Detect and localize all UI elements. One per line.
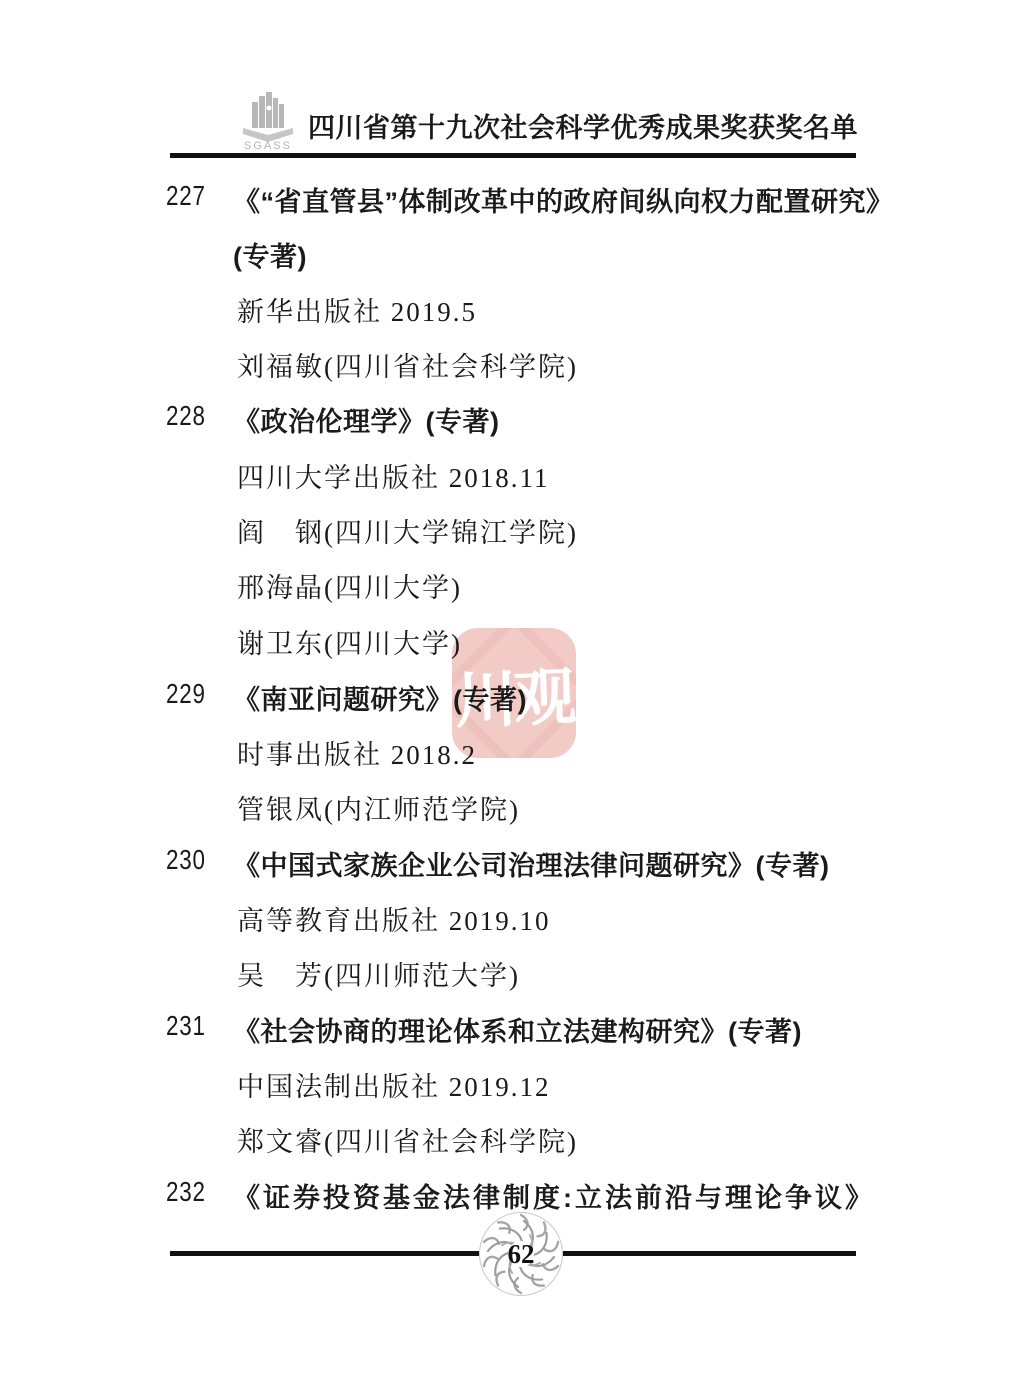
entry-231-title-line: 231 《社会协商的理论体系和立法建构研究》(专著): [0, 1010, 1024, 1046]
author-text: 吴 芳(四川师范大学): [237, 954, 520, 993]
entry-228-publisher: 四川大学出版社 2018.11: [0, 456, 1024, 492]
publisher-text: 时事出版社 2018.2: [237, 733, 477, 772]
page-title: 四川省第十九次社会科学优秀成果奖获奖名单: [308, 106, 858, 145]
entry-title: 《政治伦理学》(专著): [233, 400, 499, 439]
entry-229-publisher: 时事出版社 2018.2: [0, 733, 1024, 769]
entry-title-continued: (专著): [233, 235, 307, 274]
author-text: 谢卫东(四川大学): [237, 622, 462, 661]
author-text: 邢海晶(四川大学): [237, 566, 462, 605]
entry-number: 227: [166, 180, 206, 212]
publisher-text: 高等教育出版社 2019.10: [237, 899, 551, 938]
entry-231-publisher: 中国法制出版社 2019.12: [0, 1065, 1024, 1101]
entry-number: 228: [166, 400, 206, 432]
entry-228-author: 阎 钢(四川大学锦江学院): [0, 511, 1024, 547]
publisher-text: 新华出版社 2019.5: [237, 290, 477, 329]
sgass-logo-icon: [229, 92, 307, 142]
entry-title: 《社会协商的理论体系和立法建构研究》(专著): [233, 1010, 802, 1049]
publisher-text: 中国法制出版社 2019.12: [237, 1065, 551, 1104]
entry-title: 《南亚问题研究》(专著): [233, 678, 527, 717]
author-text: 管银凤(内江师范学院): [237, 788, 520, 827]
document-page: SGASS 四川省第十九次社会科学优秀成果奖获奖名单 川观 227 《“省直管县…: [0, 0, 1024, 1380]
entry-number: 231: [166, 1010, 206, 1042]
entry-title: 《“省直管县”体制改革中的政府间纵向权力配置研究》: [233, 180, 894, 219]
entry-232-title-line: 232 《证券投资基金法律制度:立法前沿与理论争议》: [0, 1176, 1024, 1212]
entry-228-author: 谢卫东(四川大学): [0, 622, 1024, 658]
entry-230-author: 吴 芳(四川师范大学): [0, 954, 1024, 990]
author-text: 郑文睿(四川省社会科学院): [237, 1120, 578, 1159]
entry-228-author: 邢海晶(四川大学): [0, 566, 1024, 602]
entry-227-author: 刘福敏(四川省社会科学院): [0, 345, 1024, 381]
entry-229-title-line: 229 《南亚问题研究》(专著): [0, 678, 1024, 714]
entry-number: 229: [166, 678, 206, 710]
entry-228-title-line: 228 《政治伦理学》(专著): [0, 400, 1024, 436]
entry-number: 230: [166, 844, 206, 876]
entry-227-title-line2: (专著): [0, 235, 1024, 271]
author-text: 阎 钢(四川大学锦江学院): [237, 511, 578, 550]
entry-230-publisher: 高等教育出版社 2019.10: [0, 899, 1024, 935]
entry-227-publisher: 新华出版社 2019.5: [0, 290, 1024, 326]
page-number: 62: [478, 1211, 564, 1297]
entry-number: 232: [166, 1176, 206, 1208]
entry-229-author: 管银凤(内江师范学院): [0, 788, 1024, 824]
entry-230-title-line: 230 《中国式家族企业公司治理法律问题研究》(专著): [0, 844, 1024, 880]
entry-231-author: 郑文睿(四川省社会科学院): [0, 1120, 1024, 1156]
publisher-text: 四川大学出版社 2018.11: [237, 456, 550, 495]
entry-title: 《证券投资基金法律制度:立法前沿与理论争议》: [233, 1176, 875, 1215]
page-number-ornament: 62: [478, 1211, 564, 1297]
sgass-logo: SGASS: [228, 92, 308, 152]
sgass-logo-text: SGASS: [228, 140, 308, 152]
entry-title: 《中国式家族企业公司治理法律问题研究》(专著): [233, 844, 829, 883]
header-rule: [170, 153, 856, 158]
author-text: 刘福敏(四川省社会科学院): [237, 345, 578, 384]
entry-227-title-line: 227 《“省直管县”体制改革中的政府间纵向权力配置研究》: [0, 180, 1024, 216]
